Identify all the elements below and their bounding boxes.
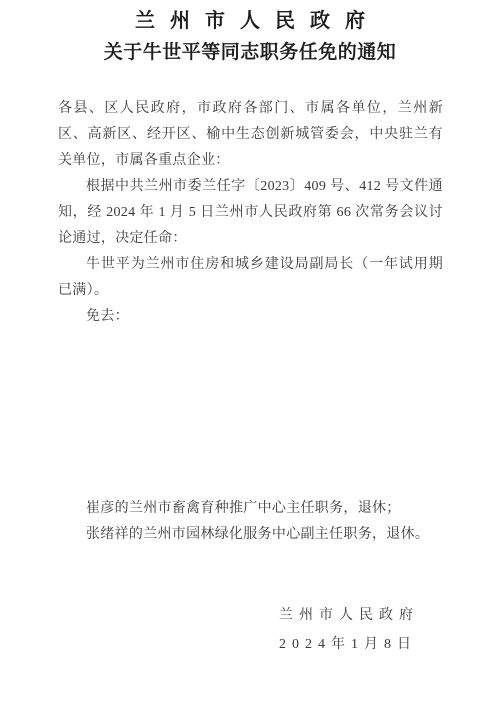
document-org-title: 兰州市人民政府 (0, 8, 500, 34)
salutation-paragraph: 各县、区人民政府，市政府各部门、市属各单位，兰州新区、高新区、经开区、榆中生态创… (58, 96, 443, 174)
removal-item-1-paragraph: 崔彦的兰州市畜禽育种推广中心主任职务，退休； (58, 496, 443, 522)
document-subject-title: 关于牛世平等同志职务任免的通知 (0, 40, 500, 66)
removal-heading-paragraph: 免去： (58, 304, 443, 330)
signature-org: 兰州市人民政府 (279, 601, 500, 630)
signature-block: 兰州市人民政府 2024年1月8日 (279, 601, 500, 659)
blank-space (58, 330, 443, 496)
document-page: 兰州市人民政府 关于牛世平等同志职务任免的通知 各县、区人民政府，市政府各部门、… (0, 0, 500, 711)
signature-date: 2024年1月8日 (279, 630, 500, 659)
appointment-paragraph: 牛世平为兰州市住房和城乡建设局副局长（一年试用期已满）。 (58, 252, 443, 304)
document-body: 各县、区人民政府，市政府各部门、市属各单位，兰州新区、高新区、经开区、榆中生态创… (58, 96, 443, 548)
basis-paragraph: 根据中共兰州市委兰任字〔2023〕409 号、412 号文件通知，经 2024 … (58, 174, 443, 252)
removal-item-2-paragraph: 张绪祥的兰州市园林绿化服务中心副主任职务，退休。 (58, 522, 443, 548)
